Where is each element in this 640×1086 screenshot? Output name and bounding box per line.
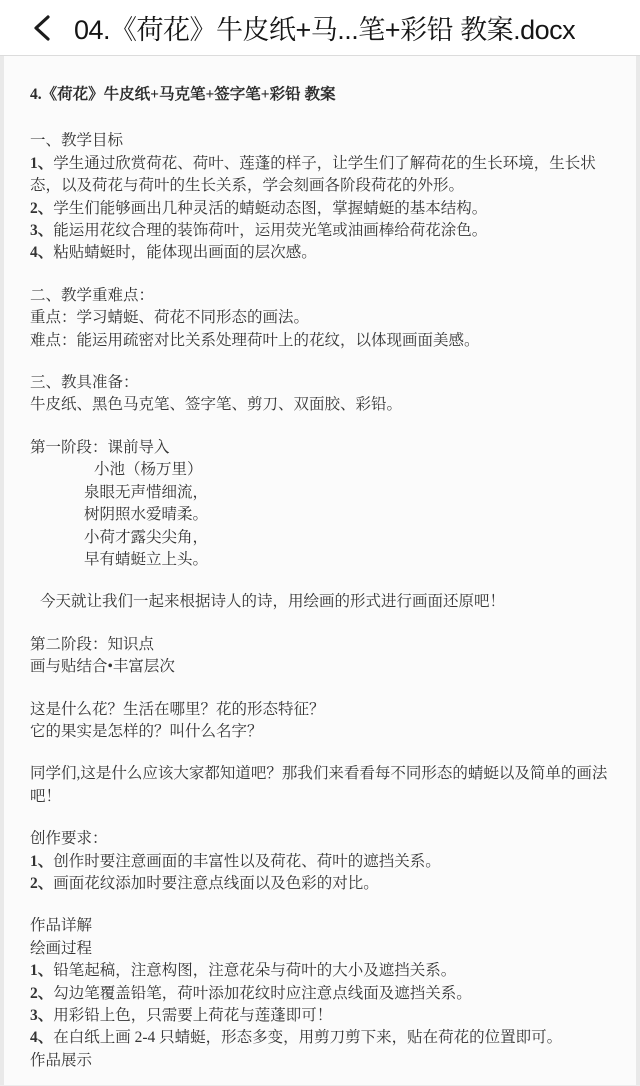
section-title: 第一阶段：课前导入 — [30, 437, 624, 459]
transition-paragraph-group: 今天就让我们一起来根据诗人的诗，用绘画的形式进行画面还原吧！ — [30, 591, 624, 613]
paragraph: 2、学生们能够画出几种灵活的蜻蜓动态图，掌握蜻蜓的基本结构。 — [30, 198, 624, 220]
paragraph: 牛皮纸、黑色马克笔、签字笔、剪刀、双面胶、彩铅。 — [30, 394, 624, 416]
section-title: 创作要求： — [30, 828, 624, 850]
section-materials: 三、教具准备： 牛皮纸、黑色马克笔、签字笔、剪刀、双面胶、彩铅。 — [30, 372, 624, 417]
paragraph: 它的果实是怎样的？叫什么名字？ — [30, 721, 624, 743]
section-title: 绘画过程 — [30, 938, 624, 960]
section-key-points: 二、教学重难点： 重点：学习蜻蜓、荷花不同形态的画法。 难点：能运用疏密对比关系… — [30, 285, 624, 352]
paragraph: 1、创作时要注意画面的丰富性以及荷花、荷叶的遮挡关系。 — [30, 851, 624, 873]
chevron-left-icon — [31, 14, 53, 42]
paragraph: 同学们,这是什么应该大家都知道吧？那我们来看看每不同形态的蜻蜓以及简单的画法吧！ — [30, 763, 624, 808]
paragraph: 画与贴结合•丰富层次 — [30, 656, 624, 678]
paragraph: 1、铅笔起稿，注意构图，注意花朵与荷叶的大小及遮挡关系。 — [30, 960, 624, 982]
section-title: 第二阶段：知识点 — [30, 634, 624, 656]
paragraph: 2、画面花纹添加时要注意点线面以及色彩的对比。 — [30, 873, 624, 895]
section-title: 一、教学目标 — [30, 130, 624, 152]
paragraph: 1、学生通过欣赏荷花、荷叶、莲蓬的样子，让学生们了解荷花的生长环境，生长状态，以… — [30, 153, 624, 198]
section-stage-one: 第一阶段：课前导入 小池（杨万里） 泉眼无声惜细流， 树阴照水爱晴柔。 小荷才露… — [30, 437, 624, 571]
section-title: 三、教具准备： — [30, 372, 624, 394]
poem-title-line: 小池（杨万里） — [30, 459, 624, 481]
poem-line: 早有蜻蜓立上头。 — [30, 549, 624, 571]
section-title: 二、教学重难点： — [30, 285, 624, 307]
section-creation-requirements: 创作要求： 1、创作时要注意画面的丰富性以及荷花、荷叶的遮挡关系。 2、画面花纹… — [30, 828, 624, 895]
paragraph: 今天就让我们一起来根据诗人的诗，用绘画的形式进行画面还原吧！ — [30, 591, 624, 613]
paragraph: 重点：学习蜻蜓、荷花不同形态的画法。 — [30, 307, 624, 329]
app-bar: 04.《荷花》牛皮纸+马...笔+彩铅 教案.docx — [0, 0, 640, 56]
poem-line: 泉眼无声惜细流， — [30, 482, 624, 504]
paragraph: 2、勾边笔覆盖铅笔，荷叶添加花纹时应注意点线面及遮挡关系。 — [30, 983, 624, 1005]
doc-heading: 4.《荷花》牛皮纸+马克笔+签字笔+彩铅 教案 — [30, 84, 624, 106]
poem-line: 树阴照水爱晴柔。 — [30, 504, 624, 526]
paragraph: 这是什么花？生活在哪里？花的形态特征？ — [30, 699, 624, 721]
poem-line: 小荷才露尖尖角， — [30, 527, 624, 549]
doc-heading-group: 4.《荷花》牛皮纸+马克笔+签字笔+彩铅 教案 — [30, 84, 624, 106]
paragraph: 3、用彩铅上色，只需要上荷花与莲蓬即可！ — [30, 1005, 624, 1027]
back-button[interactable] — [22, 6, 62, 50]
section-title: 作品展示 — [30, 1050, 624, 1072]
section-title: 作品详解 — [30, 915, 624, 937]
paragraph: 难点：能运用疏密对比关系处理荷叶上的花纹，以体现画面美感。 — [30, 330, 624, 352]
document-page: 4.《荷花》牛皮纸+马克笔+签字笔+彩铅 教案 一、教学目标 1、学生通过欣赏荷… — [4, 56, 636, 1085]
document-scroll-area[interactable]: 4.《荷花》牛皮纸+马克笔+签字笔+彩铅 教案 一、教学目标 1、学生通过欣赏荷… — [0, 56, 640, 1085]
section-stage-two: 第二阶段：知识点 画与贴结合•丰富层次 — [30, 634, 624, 679]
paragraph: 3、能运用花纹合理的装饰荷叶，运用荧光笔或油画棒给荷花涂色。 — [30, 220, 624, 242]
questions-group: 这是什么花？生活在哪里？花的形态特征？ 它的果实是怎样的？叫什么名字？ — [30, 699, 624, 744]
prompt-paragraph-group: 同学们,这是什么应该大家都知道吧？那我们来看看每不同形态的蜻蜓以及简单的画法吧！ — [30, 763, 624, 808]
paragraph: 4、粘贴蜻蜓时，能体现出画面的层次感。 — [30, 242, 624, 264]
file-name-title: 04.《荷花》牛皮纸+马...笔+彩铅 教案.docx — [74, 8, 575, 47]
section-objectives: 一、教学目标 1、学生通过欣赏荷花、荷叶、莲蓬的样子，让学生们了解荷花的生长环境… — [30, 130, 624, 264]
section-artwork-explanation: 作品详解 绘画过程 1、铅笔起稿，注意构图，注意花朵与荷叶的大小及遮挡关系。 2… — [30, 915, 624, 1072]
paragraph: 4、在白纸上画 2-4 只蜻蜓，形态多变，用剪刀剪下来，贴在荷花的位置即可。 — [30, 1027, 624, 1049]
